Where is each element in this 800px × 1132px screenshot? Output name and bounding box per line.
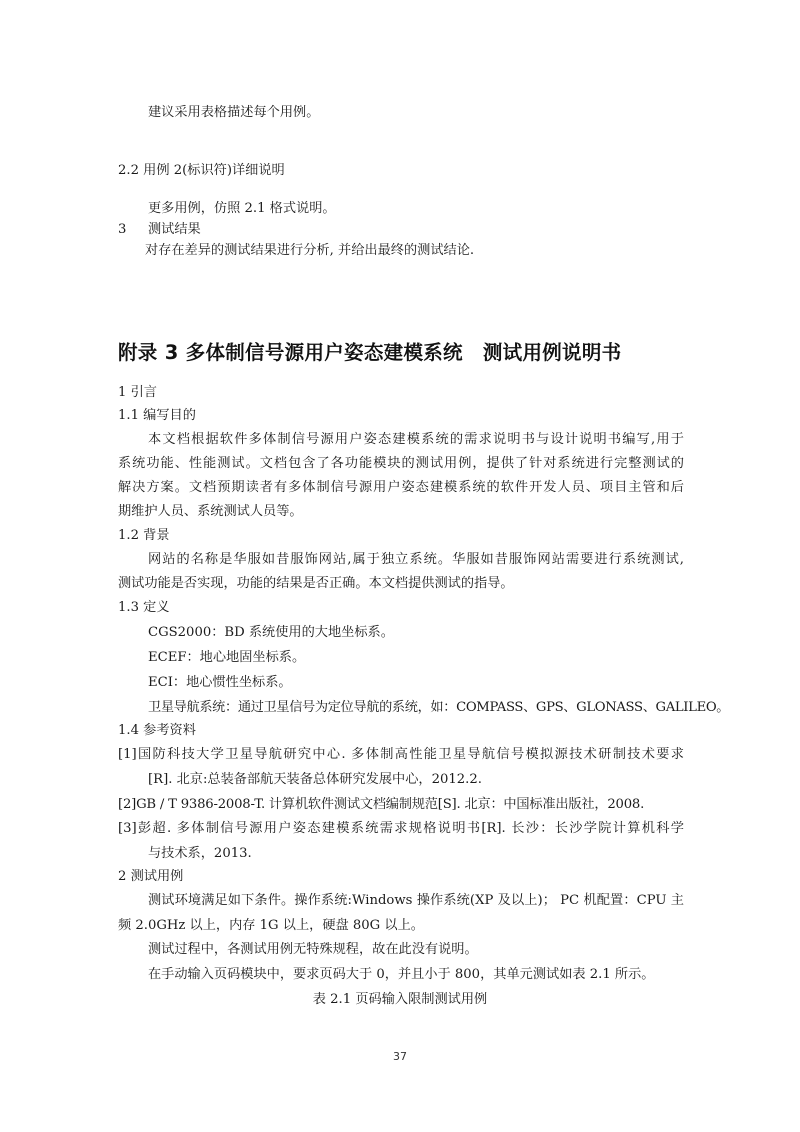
definition-eci: ECI：地心惯性坐标系。: [148, 673, 684, 693]
section-3-title: 测试结果: [148, 222, 201, 237]
section-2-heading: 2 测试用例: [118, 867, 684, 887]
background-line-1: 网站的名称是华服如昔服饰网站,属于独立系统。华服如昔服饰网站需要进行系统测试,: [148, 550, 684, 570]
definition-satellite-nav: 卫星导航系统：通过卫星信号为定位导航的系统，如：COMPASS、GPS、GLON…: [148, 698, 693, 718]
reference-2: [2]GB / T 9386-2008-T. 计算机软件测试文档编制规范[S].…: [118, 795, 684, 815]
reference-1-line-1: [1]国防科技大学卫星导航研究中心. 多体制高性能卫星导航信号模拟源技术研制技术…: [118, 745, 684, 765]
more-cases-text: 更多用例，仿照 2.1 格式说明。: [148, 199, 684, 219]
section-1-2-heading: 1.2 背景: [118, 526, 684, 546]
appendix-title: 附录 3 多体制信号源用户姿态建模系统测试用例说明书: [118, 339, 684, 367]
appendix-title-part1: 附录 3 多体制信号源用户姿态建模系统: [118, 341, 463, 364]
section-1-4-heading: 1.4 参考资料: [118, 721, 684, 741]
purpose-line-1: 本文档根据软件多体制信号源用户姿态建模系统的需求说明书与设计说明书编写,用于: [148, 430, 684, 450]
suggestion-text: 建议采用表格描述每个用例。: [148, 103, 684, 123]
purpose-line-2: 系统功能、性能测试。文档包含了各功能模块的测试用例，提供了针对系统进行完整测试的: [118, 454, 684, 474]
purpose-line-3: 解决方案。文档预期读者有多体制信号源用户姿态建模系统的软件开发人员、项目主管和后: [118, 478, 684, 498]
section-3-number: 3: [118, 220, 148, 240]
subsection-2-2-heading: 2.2 用例 2(标识符)详细说明: [118, 161, 684, 181]
section-1-3-heading: 1.3 定义: [118, 598, 684, 618]
definition-cgs2000: CGS2000：BD 系统使用的大地坐标系。: [148, 623, 684, 643]
reference-1-line-2: [R]. 北京:总装备部航天装备总体研究发展中心，2012.2.: [148, 770, 684, 790]
purpose-line-4: 期维护人员、系统测试人员等。: [118, 502, 684, 522]
section-1-heading: 1 引言: [118, 383, 684, 403]
process-line: 测试过程中，各测试用例无特殊规程，故在此没有说明。: [148, 940, 684, 960]
definition-ecef: ECEF：地心地固坐标系。: [148, 648, 684, 668]
section-3-body: 对存在差异的测试结果进行分析, 并给出最终的测试结论.: [145, 241, 711, 261]
document-page: 建议采用表格描述每个用例。 2.2 用例 2(标识符)详细说明 更多用例，仿照 …: [0, 0, 800, 1132]
reference-3-line-1: [3]彭超. 多体制信号源用户姿态建模系统需求规格说明书[R]. 长沙：长沙学院…: [118, 819, 684, 839]
section-1-1-heading: 1.1 编写目的: [118, 406, 684, 426]
environment-line-1: 测试环境满足如下条件。操作系统:Windows 操作系统(XP 及以上)； PC…: [148, 891, 684, 911]
section-3-heading: 3测试结果: [118, 220, 684, 240]
background-line-2: 测试功能是否实现，功能的结果是否正确。本文档提供测试的指导。: [118, 574, 684, 594]
appendix-title-part2: 测试用例说明书: [483, 341, 622, 364]
environment-line-2: 频 2.0GHz 以上，内存 1G 以上，硬盘 80G 以上。: [118, 916, 684, 936]
reference-3-line-2: 与技术系，2013.: [148, 844, 684, 864]
page-input-line: 在手动输入页码模块中，要求页码大于 0，并且小于 800，其单元测试如表 2.1…: [148, 965, 684, 985]
page-number: 37: [0, 1050, 800, 1063]
table-caption: 表 2.1 页码输入限制测试用例: [0, 990, 800, 1010]
